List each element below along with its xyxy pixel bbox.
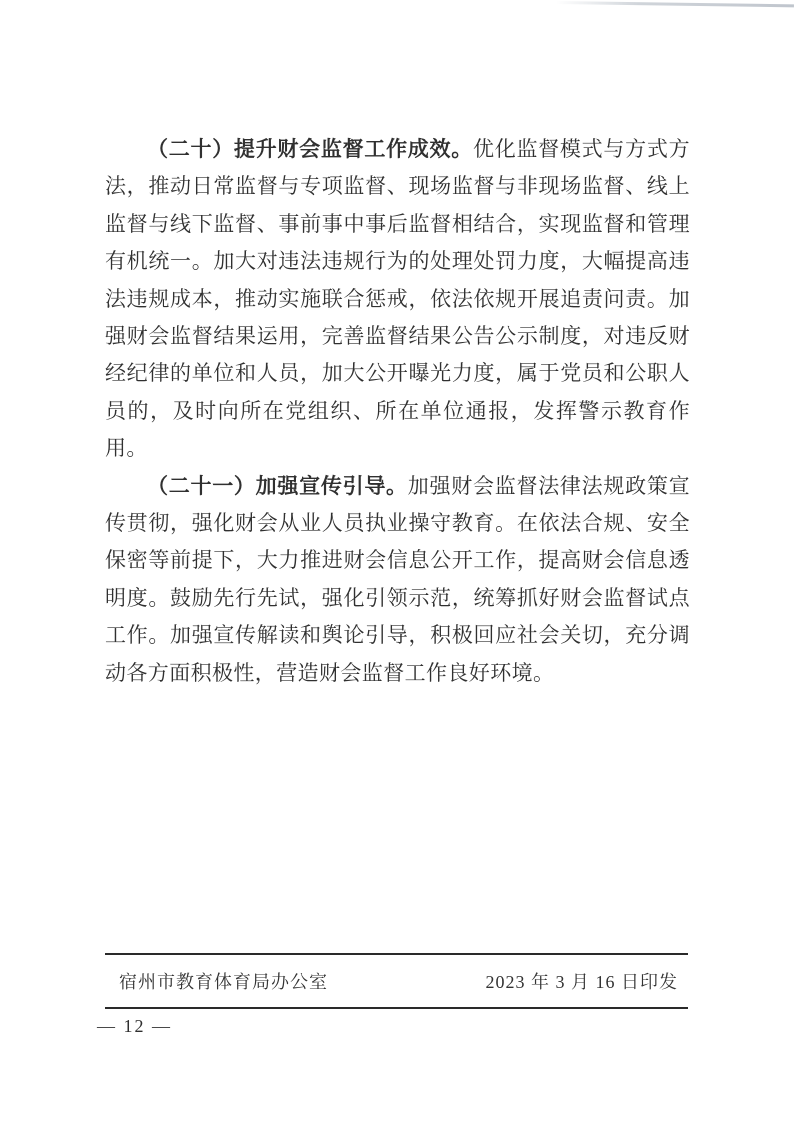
issuing-office: 宿州市教育体育局办公室: [119, 968, 328, 994]
paragraph-21-text: 加强财会监督法律法规政策宣传贯彻，强化财会从业人员执业操守教育。在依法合规、安全…: [105, 474, 690, 685]
document-page: （二十）提升财会监督工作成效。优化监督模式与方式方法，推动日常监督与专项监督、现…: [0, 0, 794, 1122]
footer-row: 宿州市教育体育局办公室 2023 年 3 月 16 日印发: [105, 955, 688, 1007]
footer-bottom-rule: [105, 1007, 688, 1009]
paragraph-20-heading: （二十）提升财会监督工作成效。: [147, 137, 473, 161]
page-number: — 12 —: [97, 1016, 172, 1037]
scan-streak-artifact: [556, 1, 794, 7]
paragraph-20-text: 优化监督模式与方式方法，推动日常监督与专项监督、现场监督与非现场监督、线上监督与…: [105, 137, 690, 460]
paragraph-21: （二十一）加强宣传引导。加强财会监督法律法规政策宣传贯彻，强化财会从业人员执业操…: [105, 468, 690, 692]
paragraph-21-heading: （二十一）加强宣传引导。: [147, 474, 408, 498]
paragraph-20: （二十）提升财会监督工作成效。优化监督模式与方式方法，推动日常监督与专项监督、现…: [105, 131, 690, 468]
document-footer: 宿州市教育体育局办公室 2023 年 3 月 16 日印发: [105, 953, 688, 1009]
document-body: （二十）提升财会监督工作成效。优化监督模式与方式方法，推动日常监督与专项监督、现…: [105, 131, 690, 692]
print-date: 2023 年 3 月 16 日印发: [486, 968, 679, 994]
